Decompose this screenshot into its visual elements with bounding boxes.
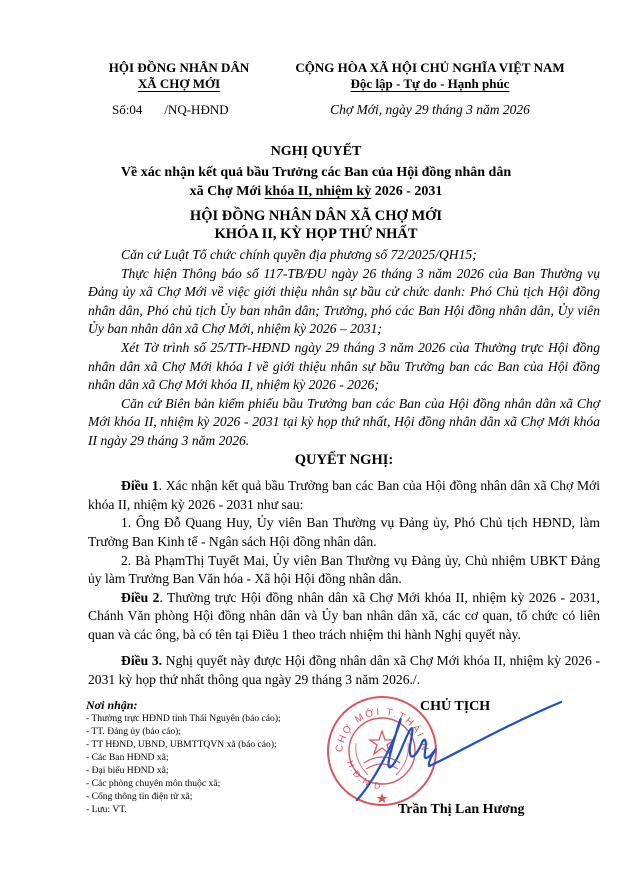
recipient-item: - Lưu: VT.	[86, 803, 281, 816]
preamble-4: Căn cứ Biên bản kiểm phiếu bầu Trưởng ba…	[88, 395, 600, 451]
recipients-heading: Nơi nhận:	[86, 698, 281, 712]
subject-part-b: khóa II, nhiệm kỳ	[265, 184, 372, 199]
article-2-text: . Thường trực Hội đồng nhân dân xã Chợ M…	[88, 590, 600, 642]
recipients-list: Nơi nhận: - Thường trực HĐND tỉnh Thái N…	[86, 698, 281, 816]
national-motto: Độc lập - Tự do - Hạnh phúc	[270, 76, 590, 92]
agency-name-line2: XÃ CHỢ MỚI	[84, 76, 274, 92]
recipient-item: - Đại biểu HĐND xã;	[86, 764, 281, 777]
document-body: Căn cứ Luật Tổ chức chính quyền địa phươ…	[88, 246, 600, 690]
issuer-line2: KHÓA II, KỲ HỌP THỨ NHẤT	[60, 225, 572, 243]
article-3: Điều 3. Nghị quyết này được Hội đồng nhâ…	[88, 652, 600, 689]
place-date: Chợ Mới, ngày 29 tháng 3 năm 2026	[270, 102, 590, 118]
article-2-label: Điều 2	[121, 590, 159, 605]
document-type: NGHỊ QUYẾT	[60, 144, 572, 160]
resolve-heading: QUYẾT NGHỊ:	[88, 451, 600, 470]
subject-part-a: xã Chợ Mới	[190, 184, 265, 199]
recipient-item: - Các Ban HĐND xã;	[86, 751, 281, 764]
subject-line1: Về xác nhận kết quả bầu Trưởng các Ban c…	[60, 163, 572, 182]
recipient-item: - Cổng thông tin điện tử xã;	[86, 790, 281, 803]
signatory-position: CHỦ TỊCH	[420, 699, 490, 715]
subject-part-c: 2026 - 2031	[371, 184, 442, 199]
national-heading-block: CỘNG HÒA XÃ HỘI CHỦ NGHĨA VIỆT NAM Độc l…	[270, 60, 590, 92]
article-3-label: Điều 3.	[121, 653, 162, 668]
national-title: CỘNG HÒA XÃ HỘI CHỦ NGHĨA VIỆT NAM	[270, 60, 590, 76]
article-2: Điều 2. Thường trực Hội đồng nhân dân xã…	[88, 589, 600, 645]
article-1-item-1: 1. Ông Đỗ Quang Huy, Ủy viên Ban Thường …	[88, 514, 600, 551]
article-1: Điều 1. Xác nhận kết quả bầu Trưởng ban …	[88, 477, 600, 514]
recipient-item: - Các phòng chuyên môn thuộc xã;	[86, 777, 281, 790]
doc-number-prefix: Số:04	[112, 102, 142, 117]
recipient-item: - TT. Đảng ủy (báo cáo);	[86, 725, 281, 738]
recipient-item: - Thường trực HĐND tỉnh Thái Nguyên (báo…	[86, 712, 281, 725]
article-1-item-2: 2. Bà PhạmThị Tuyết Mai, Ủy viên Ban Thư…	[88, 552, 600, 589]
issuer-heading: HỘI ĐỒNG NHÂN DÂN XÃ CHỢ MỚI KHÓA II, KỲ…	[60, 207, 572, 243]
preamble-3: Xét Tờ trình số 25/TTr-HĐND ngày 29 thán…	[88, 339, 600, 395]
issuer-line1: HỘI ĐỒNG NHÂN DÂN XÃ CHỢ MỚI	[60, 207, 572, 225]
signature-icon	[355, 700, 565, 810]
preamble-2: Thực hiện Thông báo số 117-TB/ĐU ngày 26…	[88, 265, 600, 339]
document-page: HỘI ĐỒNG NHÂN DÂN XÃ CHỢ MỚI Số:04/NQ-HĐ…	[0, 0, 632, 883]
article-1-text: . Xác nhận kết quả bầu Trưởng ban các Ba…	[88, 478, 600, 512]
issuing-agency-block: HỘI ĐỒNG NHÂN DÂN XÃ CHỢ MỚI	[84, 60, 274, 92]
doc-number-suffix: /NQ-HĐND	[164, 102, 228, 117]
subject-line2: xã Chợ Mới khóa II, nhiệm kỳ 2026 - 2031	[60, 182, 572, 201]
preamble-1: Căn cứ Luật Tổ chức chính quyền địa phươ…	[88, 246, 600, 265]
recipient-item: - TT HĐND, UBND, UBMTTQVN xã (báo cáo);	[86, 738, 281, 751]
signatory-name: Trần Thị Lan Hương	[398, 802, 525, 818]
agency-name-line1: HỘI ĐỒNG NHÂN DÂN	[84, 60, 274, 76]
document-number: Số:04/NQ-HĐND	[112, 102, 229, 118]
document-subject: Về xác nhận kết quả bầu Trưởng các Ban c…	[60, 163, 572, 201]
article-3-text: Nghị quyết này được Hội đồng nhân dân xã…	[88, 653, 600, 687]
article-1-label: Điều 1	[121, 478, 159, 493]
